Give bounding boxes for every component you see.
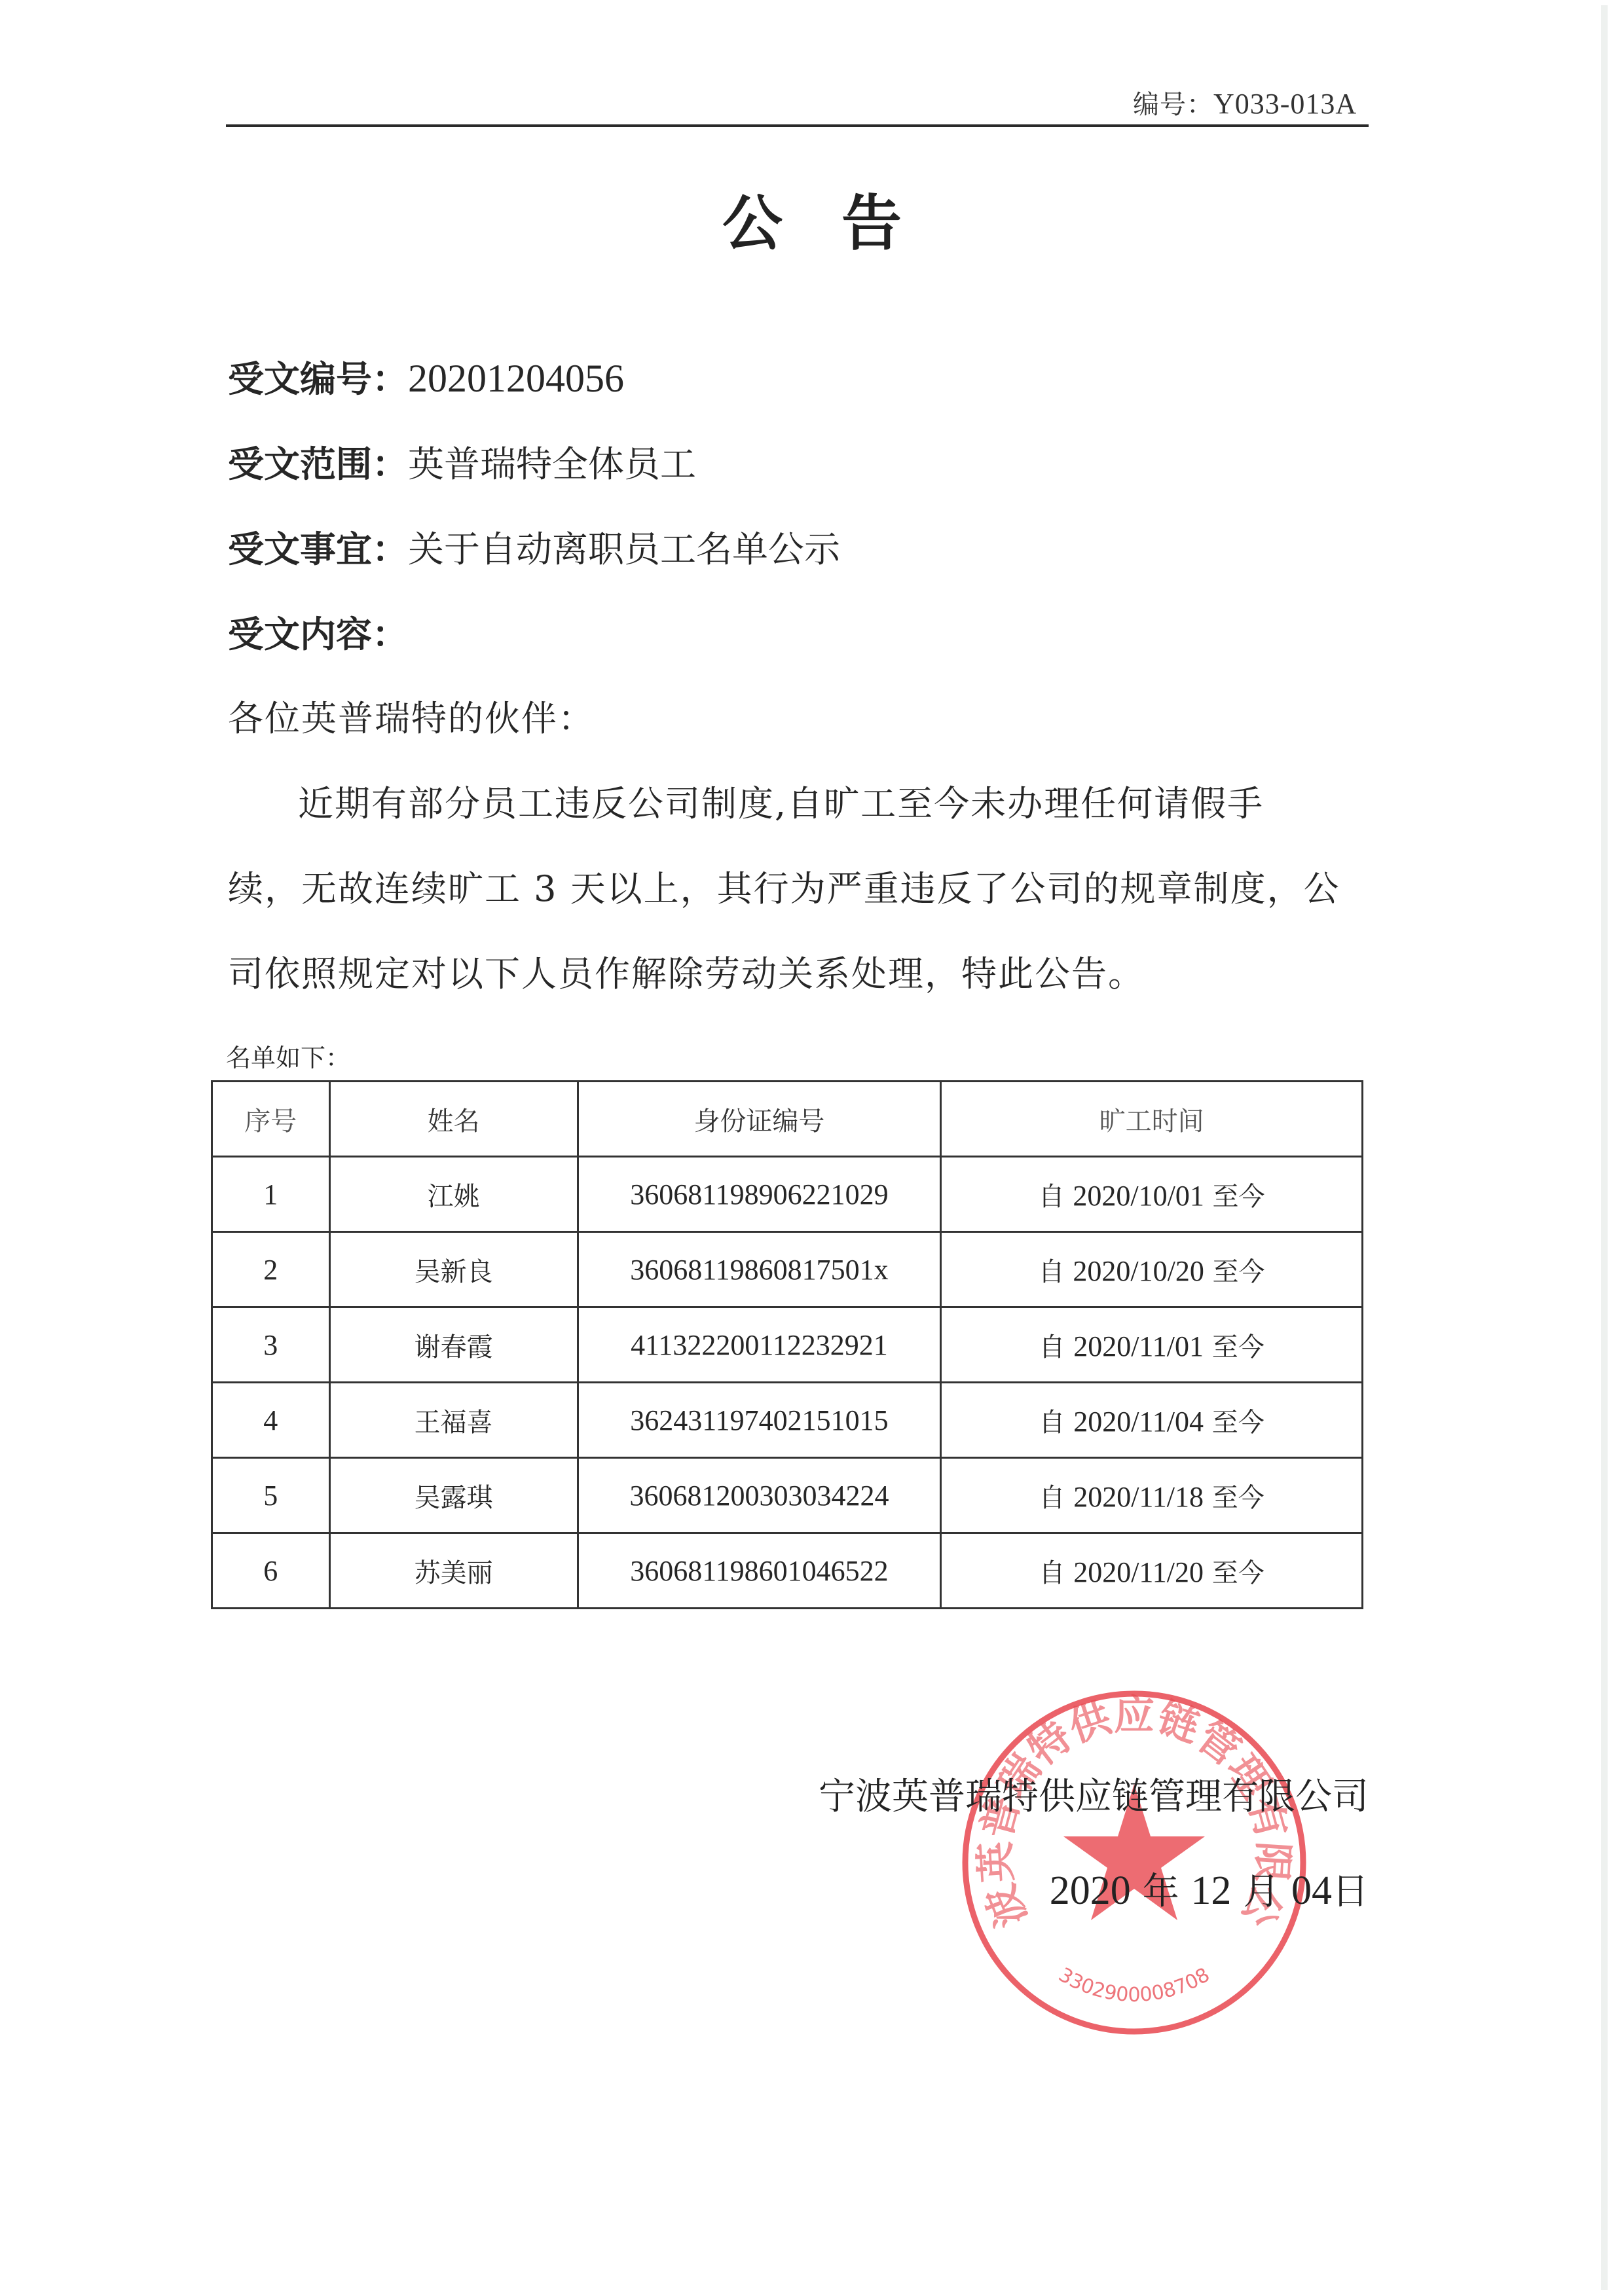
cell-id-number: 411322200112232921 [578, 1307, 941, 1383]
meta-value: 关于自动离职员工名单公示 [408, 528, 840, 570]
date-day-unit: 日 [1332, 1870, 1369, 1913]
meta-label: 受文内容： [228, 613, 408, 655]
meta-receipt-number: 受文编号：20201204056 [228, 350, 624, 402]
date-month-unit: 月 [1243, 1870, 1280, 1913]
meta-value: 英普瑞特全体员工 [408, 443, 696, 485]
cell-absence-period: 自 2020/10/20 至今 [941, 1232, 1363, 1307]
period-date: 2020/11/20 [1073, 1556, 1204, 1588]
date-day: 04 [1291, 1868, 1332, 1913]
date-month: 12 [1190, 1868, 1231, 1913]
cell-no: 1 [212, 1157, 330, 1232]
column-header-id: 身份证编号 [578, 1082, 941, 1157]
meta-content: 受文内容： [228, 606, 408, 657]
cell-absence-period: 自 2020/11/01 至今 [941, 1307, 1363, 1383]
period-from: 自 [1039, 1558, 1065, 1588]
date-year: 2020 [1050, 1868, 1131, 1913]
document-number-label: 编号： [1133, 90, 1213, 120]
cell-id-number: 360681198601046522 [578, 1533, 941, 1609]
date-year-unit: 年 [1143, 1870, 1179, 1913]
cell-name: 吴露琪 [329, 1458, 578, 1533]
document-number-value: Y033-013A [1213, 88, 1357, 120]
page-title: 公告 [0, 175, 1624, 262]
header-rule [226, 124, 1369, 127]
cell-no: 2 [212, 1232, 330, 1307]
period-date: 2020/10/20 [1073, 1255, 1204, 1287]
table-row: 5 吴露琪 360681200303034224 自 2020/11/18 至今 [212, 1458, 1363, 1533]
cell-id-number: 360681198906221029 [578, 1157, 941, 1232]
document-number: 编号：Y033-013A [1133, 84, 1357, 121]
table-header-row: 序号 姓名 身份证编号 旷工时间 [212, 1082, 1363, 1157]
cell-no: 3 [212, 1307, 330, 1383]
list-label: 名单如下： [226, 1038, 350, 1074]
period-to: 至今 [1212, 1558, 1264, 1588]
meta-label: 受文范围： [228, 443, 408, 485]
cell-name: 王福喜 [329, 1383, 578, 1458]
column-header-absence-period: 旷工时间 [941, 1082, 1363, 1157]
cell-id-number: 36068119860817501x [578, 1232, 941, 1307]
body-line-1: 近期有部分员工违反公司制度,自旷工至今未办理任何请假手 [298, 776, 1264, 826]
meta-value: 20201204056 [408, 357, 624, 400]
period-to: 至今 [1212, 1408, 1264, 1438]
period-date: 2020/11/01 [1073, 1330, 1204, 1362]
period-from: 自 [1039, 1257, 1065, 1287]
cell-no: 5 [212, 1458, 330, 1533]
column-header-no: 序号 [212, 1082, 330, 1157]
table-row: 3 谢春霞 411322200112232921 自 2020/11/01 至今 [212, 1307, 1363, 1383]
cell-name: 江姚 [329, 1157, 578, 1232]
body-line-2: 续，无故连续旷工 3 天以上，其行为严重违反了公司的规章制度，公 [228, 861, 1340, 911]
period-to: 至今 [1212, 1483, 1264, 1513]
meta-scope: 受文范围：英普瑞特全体员工 [228, 435, 696, 487]
period-from: 自 [1039, 1408, 1065, 1438]
cell-name: 谢春霞 [329, 1307, 578, 1383]
body-line-3: 司依照规定对以下人员作解除劳动关系处理，特此公告。 [228, 946, 1145, 996]
cell-id-number: 360681200303034224 [578, 1458, 941, 1533]
meta-label: 受文编号： [228, 358, 408, 400]
meta-subject: 受文事宜：关于自动离职员工名单公示 [228, 520, 840, 572]
period-to: 至今 [1213, 1182, 1265, 1212]
document-page: 编号：Y033-013A 公告 受文编号：20201204056 受文范围：英普… [0, 0, 1624, 2296]
table-row: 2 吴新良 36068119860817501x 自 2020/10/20 至今 [212, 1232, 1363, 1307]
period-to: 至今 [1212, 1332, 1264, 1362]
period-to: 至今 [1213, 1257, 1265, 1287]
scan-edge-strip [1601, 5, 1608, 2290]
table-row: 4 王福喜 362431197402151015 自 2020/11/04 至今 [212, 1383, 1363, 1458]
cell-name: 吴新良 [329, 1232, 578, 1307]
absentee-table: 序号 姓名 身份证编号 旷工时间 1 江姚 360681198906221029… [211, 1080, 1363, 1609]
cell-name: 苏美丽 [329, 1533, 578, 1609]
cell-absence-period: 自 2020/11/20 至今 [941, 1533, 1363, 1609]
table-row: 6 苏美丽 360681198601046522 自 2020/11/20 至今 [212, 1533, 1363, 1609]
cell-id-number: 362431197402151015 [578, 1383, 941, 1458]
period-from: 自 [1039, 1332, 1065, 1362]
cell-no: 6 [212, 1533, 330, 1609]
period-date: 2020/11/18 [1073, 1481, 1204, 1513]
seal-code-text: 3302900008708 [1054, 1963, 1213, 2007]
signature-company: 宁波英普瑞特供应链管理有限公司 [819, 1768, 1369, 1820]
period-from: 自 [1039, 1182, 1065, 1212]
table-row: 1 江姚 360681198906221029 自 2020/10/01 至今 [212, 1157, 1363, 1232]
salutation: 各位英普瑞特的伙伴： [228, 691, 595, 741]
cell-absence-period: 自 2020/11/04 至今 [941, 1383, 1363, 1458]
cell-absence-period: 自 2020/11/18 至今 [941, 1458, 1363, 1533]
column-header-name: 姓名 [329, 1082, 578, 1157]
meta-label: 受文事宜： [228, 528, 408, 570]
period-date: 2020/11/04 [1073, 1406, 1204, 1438]
signature-date: 2020 年 12 月 04日 [1050, 1863, 1369, 1915]
cell-no: 4 [212, 1383, 330, 1458]
period-from: 自 [1039, 1483, 1065, 1513]
period-date: 2020/10/01 [1073, 1180, 1204, 1212]
cell-absence-period: 自 2020/10/01 至今 [941, 1157, 1363, 1232]
